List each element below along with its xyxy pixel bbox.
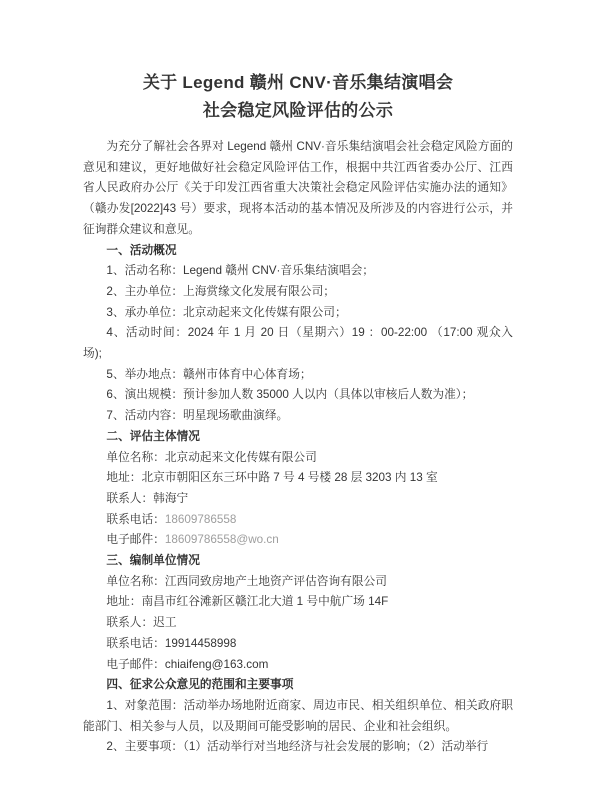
- list-item-scale: 6、演出规模：预计参加人数 35000 人以内（具体以审核后人数为准）；: [83, 385, 513, 406]
- field-entity-name: 单位名称：北京动起来文化传媒有限公司: [83, 448, 513, 469]
- document-title-line-2: 社会稳定风险评估的公示: [83, 97, 513, 125]
- list-item-main-matters: 2、主要事项：（1）活动举行对当地经济与社会发展的影响；（2）活动举行: [83, 737, 513, 758]
- field-value: 北京动起来文化传媒有限公司: [165, 451, 317, 464]
- field-unit-email: 电子邮件：chiaifeng@163.com: [83, 655, 513, 676]
- field-value-phone: 19914458998: [165, 637, 237, 650]
- field-label: 地址：: [106, 595, 141, 608]
- field-value: 迟工: [153, 616, 176, 629]
- list-item-organizer: 2、主办单位：上海赏缘文化发展有限公司；: [83, 282, 513, 303]
- field-unit-contact-person: 联系人：迟工: [83, 613, 513, 634]
- field-label: 地址：: [106, 471, 141, 484]
- field-label: 电子邮件：: [106, 658, 164, 671]
- intro-paragraph: 为充分了解社会各界对 Legend 赣州 CNV·音乐集结演唱会社会稳定风险方面…: [83, 137, 513, 241]
- field-label: 联系电话：: [106, 637, 164, 650]
- list-item-content: 7、活动内容：明星现场歌曲演绎。: [83, 406, 513, 427]
- field-entity-contact-person: 联系人：韩海宁: [83, 489, 513, 510]
- field-unit-phone: 联系电话：19914458998: [83, 634, 513, 655]
- list-item-target-scope: 1、对象范围：活动举办场地附近商家、周边市民、相关组织单位、相关政府职能部门、相…: [83, 696, 513, 737]
- field-value-email: 18609786558@wo.cn: [165, 533, 279, 546]
- section-heading-activity-overview: 一、活动概况: [83, 241, 513, 262]
- document-page: 关于 Legend 赣州 CNV·音乐集结演唱会 社会稳定风险评估的公示 为充分…: [0, 0, 595, 800]
- list-item-activity-name: 1、活动名称：Legend 赣州 CNV·音乐集结演唱会；: [83, 261, 513, 282]
- field-value-phone: 18609786558: [165, 513, 237, 526]
- field-entity-email: 电子邮件：18609786558@wo.cn: [83, 530, 513, 551]
- field-label: 联系电话：: [106, 513, 164, 526]
- field-entity-address: 地址：北京市朝阳区东三环中路 7 号 4 号楼 28 层 3203 内 13 室: [83, 468, 513, 489]
- document-body: 为充分了解社会各界对 Legend 赣州 CNV·音乐集结演唱会社会稳定风险方面…: [83, 137, 513, 758]
- field-value: 韩海宁: [153, 492, 188, 505]
- field-label: 联系人：: [106, 616, 153, 629]
- field-label: 单位名称：: [106, 451, 164, 464]
- field-value: 南昌市红谷滩新区赣江北大道 1 号中航广场 14F: [141, 595, 388, 608]
- field-entity-phone: 联系电话：18609786558: [83, 510, 513, 531]
- list-item-activity-time: 4、活动时间：2024 年 1 月 20 日（星期六）19 ：00-22:00 …: [83, 323, 513, 364]
- list-item-undertaker: 3、承办单位：北京动起来文化传媒有限公司；: [83, 303, 513, 324]
- field-value-email: chiaifeng@163.com: [165, 658, 268, 671]
- field-label: 联系人：: [106, 492, 153, 505]
- list-item-venue: 5、举办地点：赣州市体育中心体育场；: [83, 365, 513, 386]
- field-label: 电子邮件：: [106, 533, 164, 546]
- field-value: 北京市朝阳区东三环中路 7 号 4 号楼 28 层 3203 内 13 室: [141, 471, 437, 484]
- section-heading-assessment-entity: 二、评估主体情况: [83, 427, 513, 448]
- section-heading-preparation-unit: 三、编制单位情况: [83, 551, 513, 572]
- field-value: 江西同致房地产土地资产评估咨询有限公司: [165, 575, 387, 588]
- field-unit-address: 地址：南昌市红谷滩新区赣江北大道 1 号中航广场 14F: [83, 592, 513, 613]
- field-unit-name: 单位名称：江西同致房地产土地资产评估咨询有限公司: [83, 572, 513, 593]
- field-label: 单位名称：: [106, 575, 164, 588]
- document-title-line-1: 关于 Legend 赣州 CNV·音乐集结演唱会: [83, 69, 513, 97]
- section-heading-public-opinion-scope: 四、征求公众意见的范围和主要事项: [83, 675, 513, 696]
